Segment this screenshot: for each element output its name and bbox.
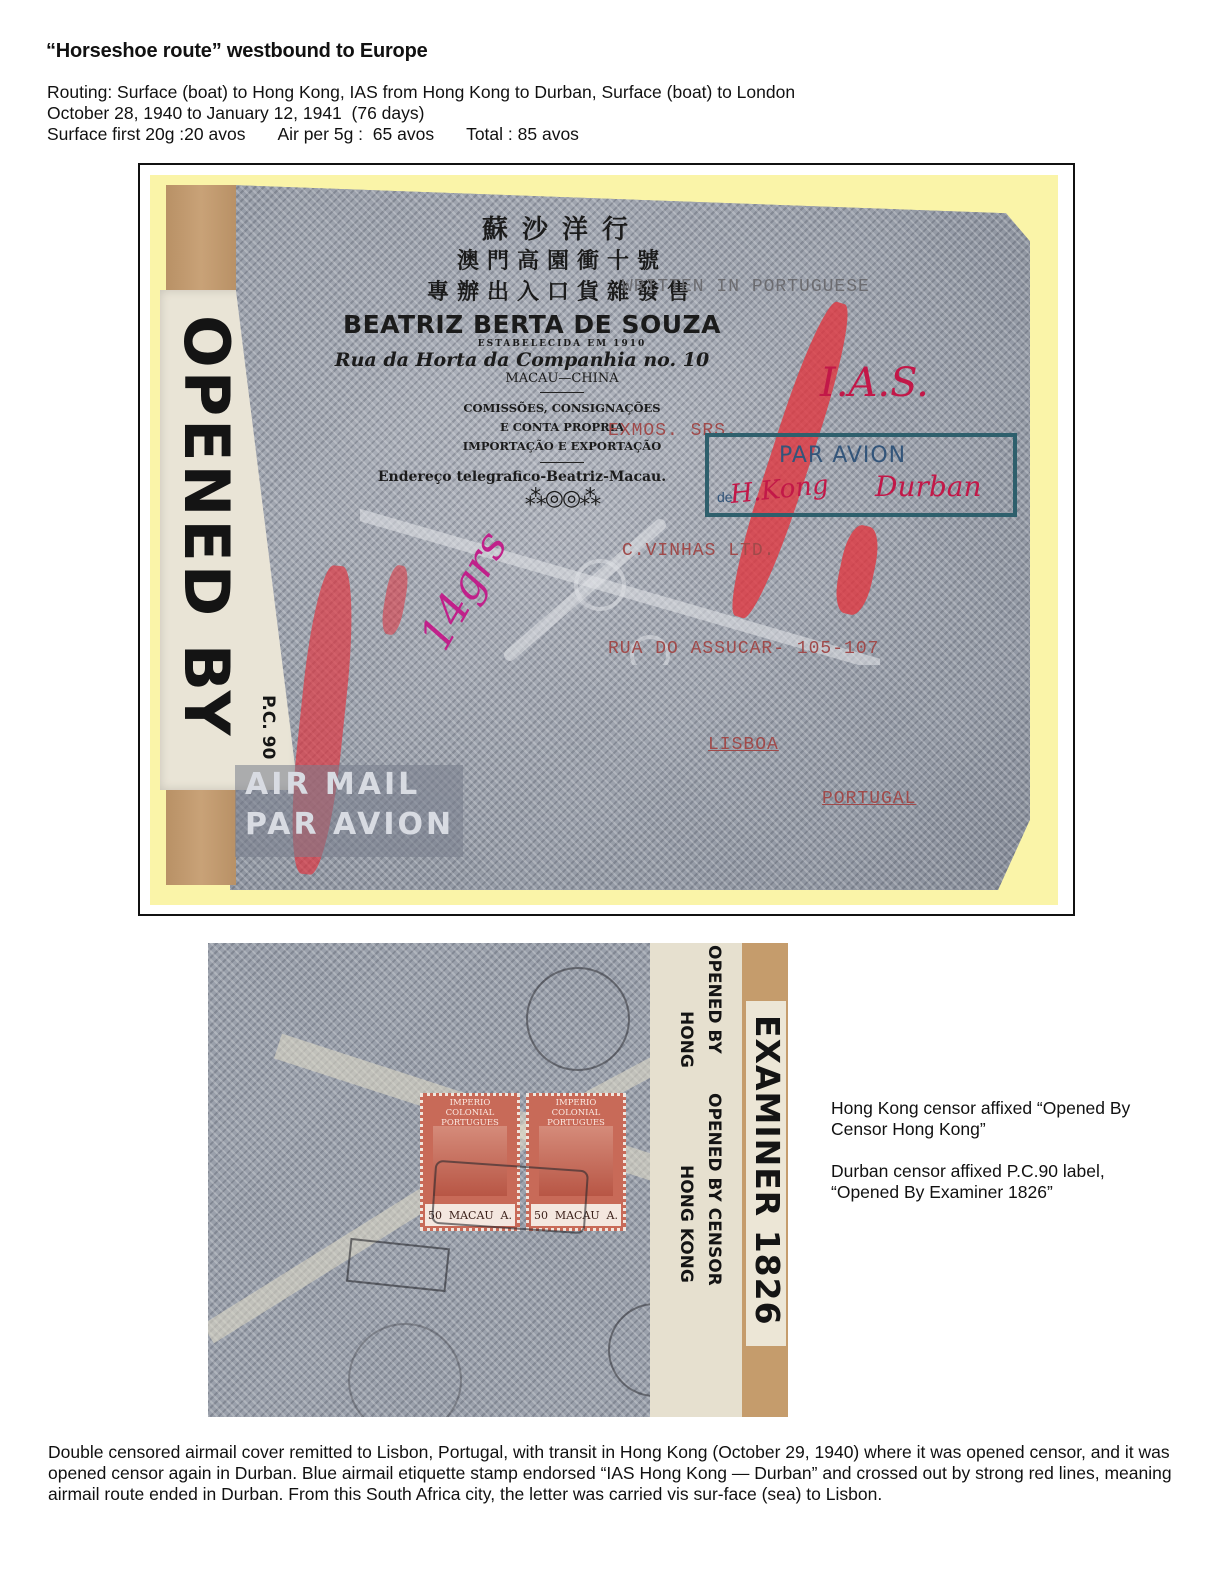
transit-handstamp-icon [431,1160,589,1235]
routing-line: Routing: Surface (boat) to Hong Kong, IA… [47,82,795,103]
letterhead: 蘇沙洋行 澳門高園衝十號 專辦出入口貨雜發售 BEATRIZ BERTA DE … [372,215,752,511]
hk-censor-text: HONG [676,1011,696,1068]
postmark-icon [526,967,630,1071]
stamp-header: IMPERIO COLONIAL PORTUGUES [427,1098,513,1128]
stamp-series: A. [607,1209,618,1222]
handwritten-route-to: Durban [875,470,982,503]
front-cover-frame: OPENED BY P.C. 90 蘇沙洋行 澳門高園衝十號 專辦出入口貨雜發售… [138,163,1075,916]
written-in-portuguese: WRITTEN IN PORTUGUESE [622,277,870,297]
examiner-label-text: EXAMINER 1826 [748,1015,787,1326]
letterhead-established: ESTABELECIDA EM 1910 [372,339,752,349]
letterhead-cjk-address: 澳門高園衝十號 [372,246,752,277]
page-title: “Horseshoe route” westbound to Europe [46,40,428,63]
censor-code: P.C. 90 [258,695,278,759]
dates-line: October 28, 1940 to January 12, 1941 (76… [47,103,795,124]
etiquette-title: PAR AVION [779,443,906,468]
back-cover: IMPERIO COLONIAL PORTUGUES 50MACAUA. IMP… [208,943,788,1417]
hk-censor-text: HONG KONG [676,1165,696,1283]
air-rate: Air per 5g : 65 avos [277,124,434,144]
hk-censor-text: OPENED BY [704,945,724,1054]
letterhead-telegraph: Endereço telegrafico-Beatriz-Macau. [292,469,752,485]
airmail-label-line2: PAR AVION [245,805,463,845]
stamp-header: IMPERIO COLONIAL PORTUGUES [533,1098,619,1128]
surface-rate: Surface first 20g :20 avos [47,124,245,144]
censor-captions: Hong Kong censor affixed “Opened By Cens… [831,1098,1171,1224]
letterhead-cjk-name: 蘇沙洋行 [372,215,752,246]
letterhead-street: Rua da Horta da Companhia no. 10 [292,349,752,371]
letterhead-city: MACAU—CHINA [372,371,752,386]
durban-censor-caption: Durban censor affixed P.C.90 label, “Ope… [831,1161,1171,1203]
ornament-icon: ⁂◎◎⁂ [372,485,752,511]
hk-censor-caption: Hong Kong censor affixed “Opened By Cens… [831,1098,1171,1140]
total-rate: Total : 85 avos [466,124,579,144]
hk-censor-text: OPENED BY CENSOR [704,1093,724,1286]
address-street: RUA DO ASSUCAR- 105-107 [608,639,879,659]
letterhead-trade-1: COMISSÕES, CONSIGNAÇÕES [372,399,752,418]
censor-handstamp-icon [346,1238,450,1292]
addressee: C.VINHAS LTD. [622,541,775,561]
rates-line: Surface first 20g :20 avosAir per 5g : 6… [47,124,795,145]
postmark-icon [348,1323,462,1417]
handwritten-ias: I.A.S. [820,360,929,406]
address-city: LISBOA [708,735,779,755]
address-country: PORTUGAL [822,789,916,809]
letterhead-company-name: BEATRIZ BERTA DE SOUZA [312,310,752,339]
cover-description: Double censored airmail cover remitted t… [48,1442,1188,1505]
divider [540,462,584,463]
divider [540,392,584,393]
censor-label-text: OPENED BY [170,315,243,739]
airmail-label-line1: AIR MAIL [245,765,463,805]
route-info: Routing: Surface (boat) to Hong Kong, IA… [47,82,795,145]
airmail-label: AIR MAIL PAR AVION [235,765,463,857]
hk-censor-tape [650,943,742,1417]
